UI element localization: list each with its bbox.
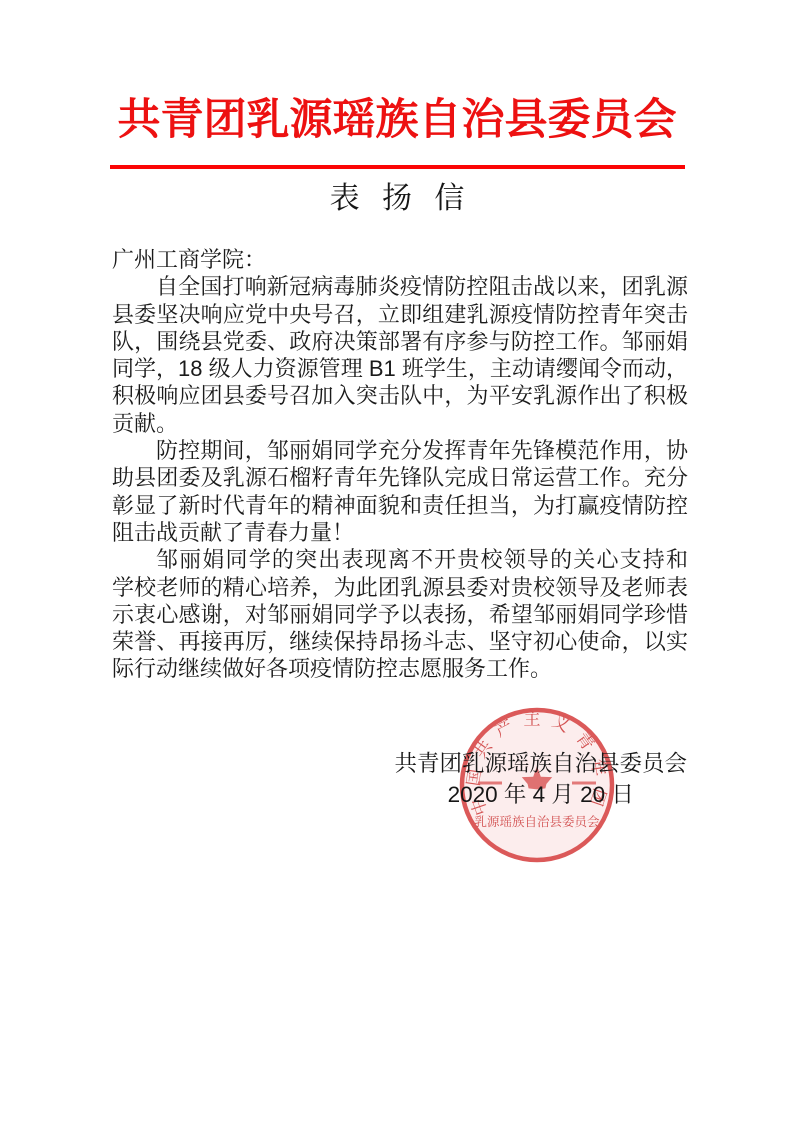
- body-line: 贡献。: [112, 410, 688, 437]
- body-line: 助县团委及乳源石榴籽青年先锋队完成日常运营工作。充分: [112, 464, 688, 491]
- signature-block: 共青团乳源瑶族自治县委员会 2020 年 4 月 20 日: [394, 749, 687, 810]
- body-line: 县委坚决响应党中央号召，立即组建乳源疫情防控青年突击: [112, 301, 688, 328]
- body-line: 示衷心感谢，对邹丽娟同学予以表扬，希望邹丽娟同学珍惜: [112, 601, 688, 628]
- body-line: 同学，18 级人力资源管理 B1 班学生，主动请缨闻令而动，: [112, 355, 688, 382]
- body-line: 邹丽娟同学的突出表现离不开贵校领导的关心支持和: [112, 546, 688, 573]
- body-line: 队，围绕县党委、政府决策部署有序参与防控工作。邹丽娟: [112, 328, 688, 355]
- body-line: 际行动继续做好各项疫情防控志愿服务工作。: [112, 655, 688, 682]
- signature-org: 共青团乳源瑶族自治县委员会: [394, 749, 687, 779]
- document-page: 共青团乳源瑶族自治县委员会 表 扬 信 广州工商学院：自全国打响新冠病毒肺炎疫情…: [0, 0, 794, 1123]
- body-line: 彰显了新时代青年的精神面貌和责任担当，为打赢疫情防控: [112, 492, 688, 519]
- body-line: 阻击战贡献了青春力量！: [112, 519, 688, 546]
- letterhead-divider: [110, 165, 685, 169]
- seal-bottom-text: 乳源瑶族自治县委员会: [474, 815, 600, 829]
- letter-title: 表 扬 信: [0, 181, 794, 217]
- body-line: 广州工商学院：: [112, 246, 688, 273]
- body-line: 积极响应团县委号召加入突击队中，为平安乳源作出了积极: [112, 382, 688, 409]
- body-line: 自全国打响新冠病毒肺炎疫情防控阻击战以来，团乳源: [112, 273, 688, 300]
- body-line: 荣誉、再接再厉，继续保持昂扬斗志、坚守初心使命，以实: [112, 628, 688, 655]
- signature-date: 2020 年 4 月 20 日: [394, 780, 687, 810]
- body-line: 学校老师的精心培养，为此团乳源县委对贵校领导及老师表: [112, 574, 688, 601]
- body-line: 防控期间，邹丽娟同学充分发挥青年先锋模范作用，协: [112, 437, 688, 464]
- letter-body: 广州工商学院：自全国打响新冠病毒肺炎疫情防控阻击战以来，团乳源县委坚决响应党中央…: [112, 246, 688, 683]
- letterhead-org-title: 共青团乳源瑶族自治县委员会: [0, 92, 794, 150]
